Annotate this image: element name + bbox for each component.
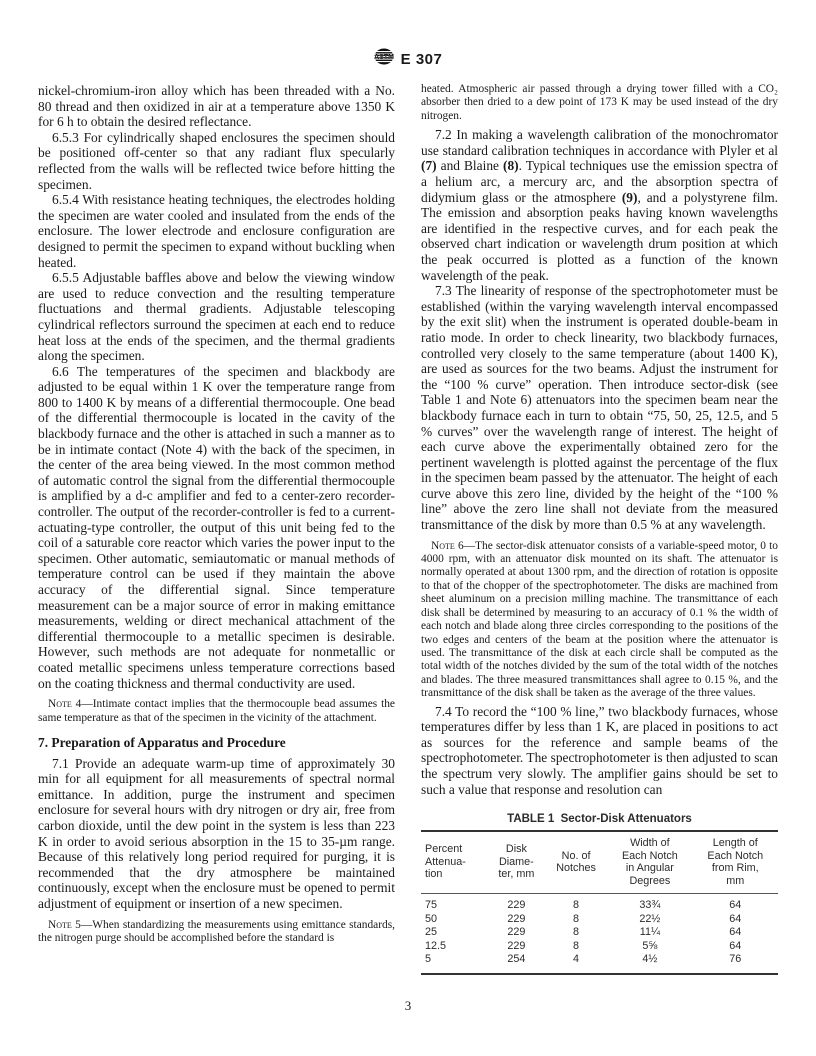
table-row: 525444½76 bbox=[421, 953, 778, 974]
right-column-text: heated. Atmospheric air passed through a… bbox=[421, 83, 778, 797]
paragraph: 7.1 Provide an adequate warm-up time of … bbox=[38, 756, 395, 912]
table-cell: 11¼ bbox=[607, 926, 692, 940]
table-cell: 254 bbox=[488, 953, 545, 974]
table-cell: 5⅝ bbox=[607, 940, 692, 954]
paragraph: Note 6—The sector-disk attenuator consis… bbox=[421, 540, 778, 701]
table-cell: 76 bbox=[693, 953, 778, 974]
paragraph: 6.5.3 For cylindrically shaped enclosure… bbox=[38, 130, 395, 192]
table-row: 12.522985⅝64 bbox=[421, 940, 778, 954]
astm-logo-icon: ASTM bbox=[374, 48, 394, 70]
svg-text:ASTM: ASTM bbox=[374, 54, 394, 61]
table-column-header: Width of Each Notch in Angular Degrees bbox=[607, 831, 692, 894]
table-cell: 64 bbox=[693, 894, 778, 913]
paragraph: 7.2 In making a wavelength calibration o… bbox=[421, 127, 778, 283]
two-column-body: nickel-chromium-iron alloy which has bee… bbox=[0, 83, 816, 975]
table-cell: 75 bbox=[421, 894, 488, 913]
table-cell: 229 bbox=[488, 913, 545, 927]
paragraph: 7.4 To record the “100 % line,” two blac… bbox=[421, 704, 778, 798]
table-cell: 229 bbox=[488, 926, 545, 940]
table-cell: 12.5 bbox=[421, 940, 488, 954]
table-cell: 25 bbox=[421, 926, 488, 940]
table-cell: 64 bbox=[693, 913, 778, 927]
paragraph: 6.5.4 With resistance heating techniques… bbox=[38, 192, 395, 270]
section-heading: 7. Preparation of Apparatus and Procedur… bbox=[38, 735, 395, 751]
table-column-header: Length of Each Notch from Rim, mm bbox=[693, 831, 778, 894]
table-row: 75229833¾64 bbox=[421, 894, 778, 913]
table-cell: 50 bbox=[421, 913, 488, 927]
paragraph: nickel-chromium-iron alloy which has bee… bbox=[38, 83, 395, 130]
right-column: heated. Atmospheric air passed through a… bbox=[421, 83, 778, 975]
table-column-header: Disk Diame- ter, mm bbox=[488, 831, 545, 894]
table-cell: 8 bbox=[545, 926, 607, 940]
paragraph: Note 5—When standardizing the measuremen… bbox=[38, 919, 395, 946]
table-cell: 22½ bbox=[607, 913, 692, 927]
table-cell: 8 bbox=[545, 940, 607, 954]
table-title: TABLE 1 Sector-Disk Attenuators bbox=[421, 813, 778, 825]
table-column-header: Percent Attenua- tion bbox=[421, 831, 488, 894]
table-cell: 8 bbox=[545, 894, 607, 913]
paragraph: Note 4—Intimate contact implies that the… bbox=[38, 698, 395, 725]
standard-designation: E 307 bbox=[401, 51, 443, 68]
paragraph: 6.6 The temperatures of the specimen and… bbox=[38, 364, 395, 691]
table-cell: 64 bbox=[693, 940, 778, 954]
table-column-header: No. of Notches bbox=[545, 831, 607, 894]
table-cell: 8 bbox=[545, 913, 607, 927]
sector-disk-attenuators-table: Percent Attenua- tionDisk Diame- ter, mm… bbox=[421, 830, 778, 975]
paragraph: heated. Atmospheric air passed through a… bbox=[421, 83, 778, 123]
table-cell: 229 bbox=[488, 940, 545, 954]
document-header: ASTM E 307 bbox=[0, 48, 816, 70]
document-page: ASTM E 307 nickel-chromium-iron alloy wh… bbox=[0, 0, 816, 1056]
paragraph: 6.5.5 Adjustable baffles above and below… bbox=[38, 270, 395, 364]
paragraph: 7.3 The linearity of response of the spe… bbox=[421, 283, 778, 533]
page-number: 3 bbox=[0, 998, 816, 1014]
left-column: nickel-chromium-iron alloy which has bee… bbox=[38, 83, 395, 975]
table-row: 50229822½64 bbox=[421, 913, 778, 927]
table-cell: 229 bbox=[488, 894, 545, 913]
table-cell: 4½ bbox=[607, 953, 692, 974]
table-cell: 64 bbox=[693, 926, 778, 940]
table-cell: 4 bbox=[545, 953, 607, 974]
table-cell: 5 bbox=[421, 953, 488, 974]
table-1-block: TABLE 1 Sector-Disk Attenuators Percent … bbox=[421, 813, 778, 975]
table-header-row: Percent Attenua- tionDisk Diame- ter, mm… bbox=[421, 831, 778, 894]
table-row: 25229811¼64 bbox=[421, 926, 778, 940]
table-cell: 33¾ bbox=[607, 894, 692, 913]
